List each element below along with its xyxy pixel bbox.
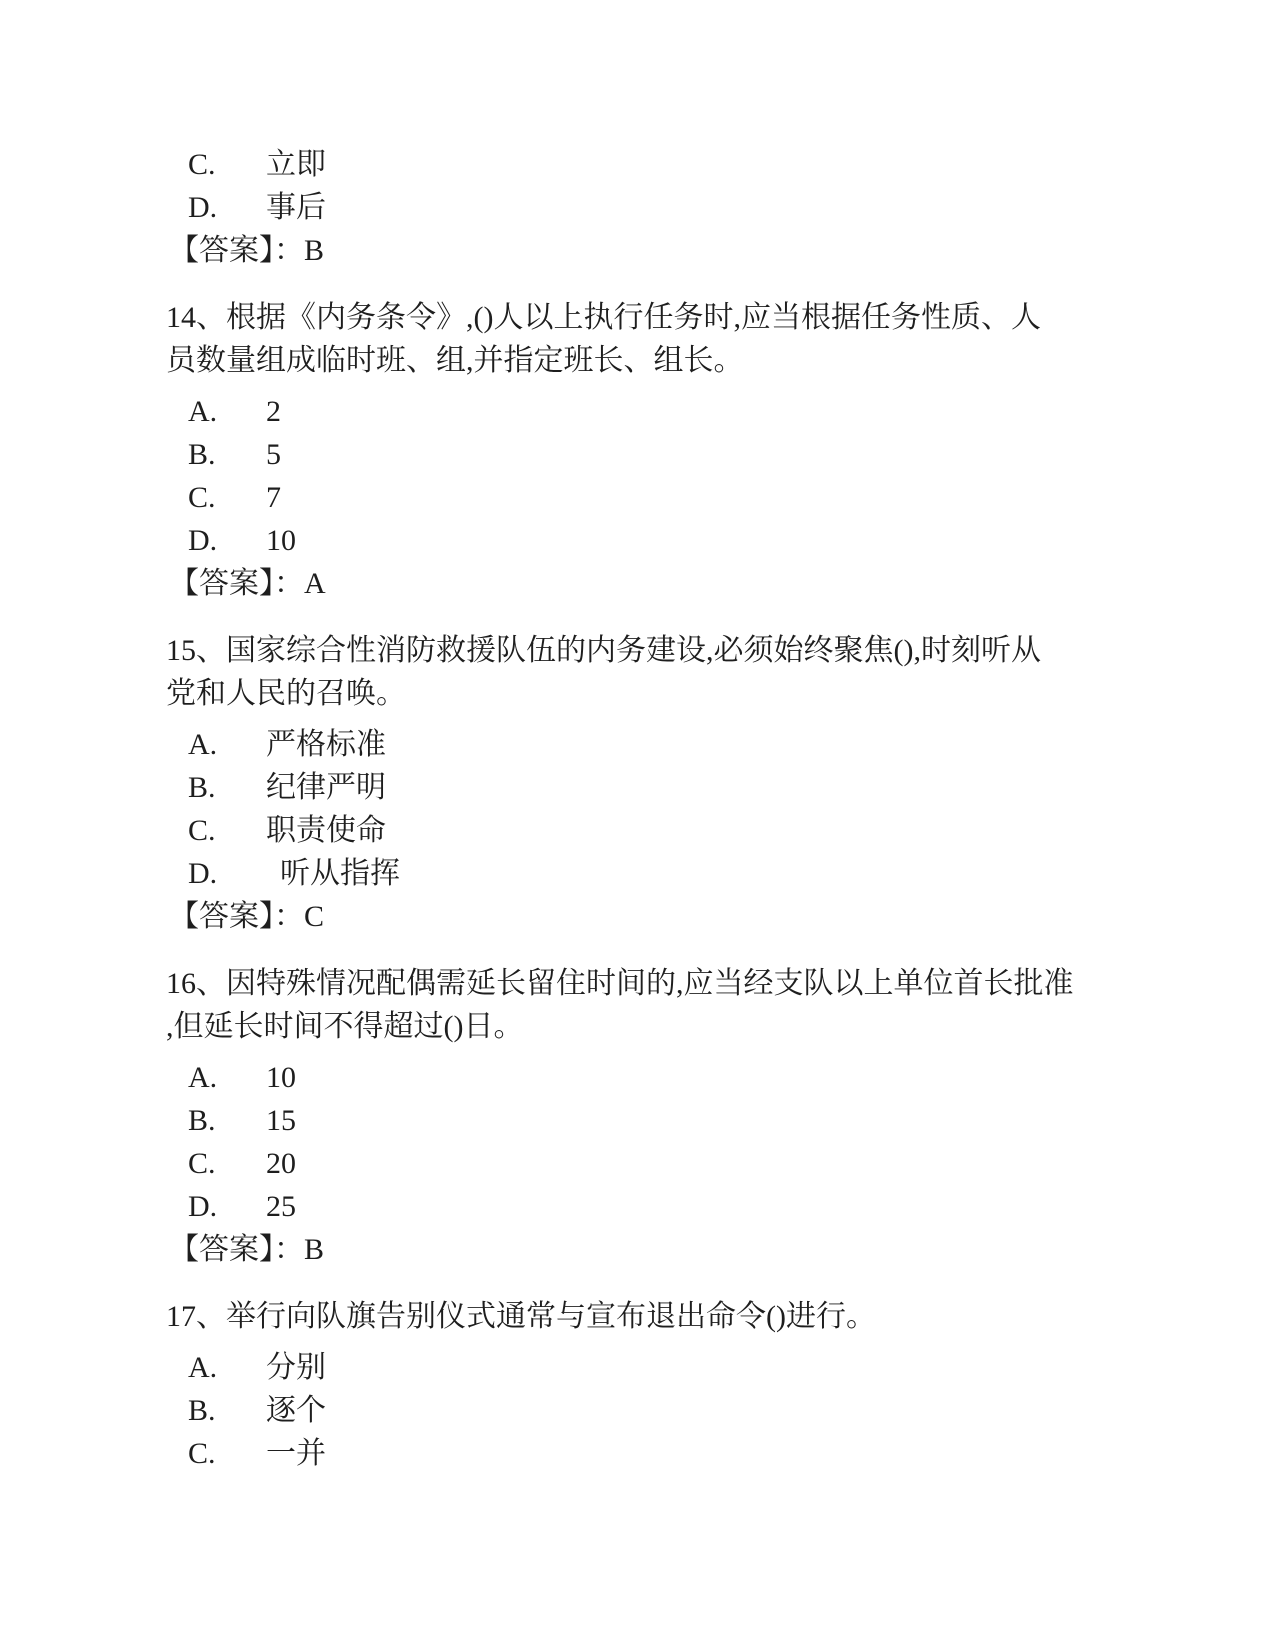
option-letter: C. [188, 809, 266, 852]
question-text-line: 员数量组成临时班、组,并指定班长、组长。 [166, 339, 1195, 382]
answer-value: C [304, 900, 324, 933]
option-row-b: B.逐个 [166, 1389, 1195, 1432]
option-row-a: A.严格标准 [166, 723, 1195, 766]
option-row-c: C.立即 [166, 143, 1195, 186]
option-letter: D. [188, 519, 266, 562]
option-letter: C. [188, 1142, 266, 1185]
question-13-tail: C.立即 D.事后 【答案】：B [166, 143, 1195, 272]
option-row-c: C.一并 [166, 1432, 1195, 1475]
question-15: 15、国家综合性消防救援队伍的内务建设,必须始终聚焦(),时刻听从 党和人民的召… [166, 629, 1195, 938]
question-text-line: 14、根据《内务条令》,()人以上执行任务时,应当根据任务性质、人 [166, 296, 1195, 339]
answer-line: 【答案】：A [166, 562, 1195, 605]
option-text: 10 [266, 524, 296, 557]
question-14: 14、根据《内务条令》,()人以上执行任务时,应当根据任务性质、人 员数量组成临… [166, 296, 1195, 605]
option-text: 10 [266, 1061, 296, 1094]
option-text: 职责使命 [266, 814, 386, 847]
option-letter: C. [188, 143, 266, 186]
option-row-b: B.15 [166, 1099, 1195, 1142]
options-list: A.10 B.15 C.20 D.25 【答案】：B [166, 1056, 1195, 1271]
option-row-c: C.职责使命 [166, 809, 1195, 852]
answer-label: 【答案】： [169, 1233, 304, 1266]
option-row-b: B.纪律严明 [166, 766, 1195, 809]
answer-value: B [304, 234, 324, 267]
answer-line: 【答案】：C [166, 895, 1195, 938]
option-row-d: D.听从指挥 [166, 852, 1195, 895]
question-text-line: ,但延长时间不得超过()日。 [166, 1005, 1195, 1048]
option-row-a: A.10 [166, 1056, 1195, 1099]
question-16: 16、因特殊情况配偶需延长留住时间的,应当经支队以上单位首长批准 ,但延长时间不… [166, 962, 1195, 1271]
option-row-a: A.2 [166, 390, 1195, 433]
answer-line: 【答案】：B [166, 229, 1195, 272]
option-letter: A. [188, 723, 266, 766]
exam-content: C.立即 D.事后 【答案】：B 14、根据《内务条令》,()人以上执行任务时,… [0, 0, 1275, 1475]
option-text: 立即 [266, 148, 326, 181]
answer-value: B [304, 1233, 324, 1266]
option-letter: C. [188, 1432, 266, 1475]
answer-line: 【答案】：B [166, 1228, 1195, 1271]
option-text: 2 [266, 395, 281, 428]
option-row-c: C.20 [166, 1142, 1195, 1185]
option-row-b: B.5 [166, 433, 1195, 476]
question-text-line: 党和人民的召唤。 [166, 672, 1195, 715]
options-list: A.严格标准 B.纪律严明 C.职责使命 D.听从指挥 【答案】：C [166, 723, 1195, 938]
options-list: A.2 B.5 C.7 D.10 【答案】：A [166, 390, 1195, 605]
answer-value: A [304, 567, 326, 600]
question-text-line: 17、举行向队旗告别仪式通常与宣布退出命令()进行。 [166, 1295, 1195, 1338]
option-letter: A. [188, 1346, 266, 1389]
option-letter: D. [188, 1185, 266, 1228]
option-text: 15 [266, 1104, 296, 1137]
option-text: 纪律严明 [266, 771, 386, 804]
option-text: 25 [266, 1190, 296, 1223]
option-letter: D. [188, 186, 266, 229]
option-row-d: D.事后 [166, 186, 1195, 229]
option-letter: A. [188, 1056, 266, 1099]
option-letter: B. [188, 1099, 266, 1142]
answer-label: 【答案】： [169, 234, 304, 267]
option-row-a: A.分别 [166, 1346, 1195, 1389]
option-text: 听从指挥 [266, 857, 400, 890]
option-text: 事后 [266, 191, 326, 224]
option-letter: B. [188, 766, 266, 809]
options-list: A.分别 B.逐个 C.一并 [166, 1346, 1195, 1475]
answer-label: 【答案】： [169, 900, 304, 933]
option-letter: C. [188, 476, 266, 519]
option-letter: A. [188, 390, 266, 433]
option-text: 逐个 [266, 1394, 326, 1427]
option-row-d: D.10 [166, 519, 1195, 562]
question-17: 17、举行向队旗告别仪式通常与宣布退出命令()进行。 A.分别 B.逐个 C.一… [166, 1295, 1195, 1475]
question-text-line: 16、因特殊情况配偶需延长留住时间的,应当经支队以上单位首长批准 [166, 962, 1195, 1005]
option-text: 严格标准 [266, 728, 386, 761]
option-letter: B. [188, 1389, 266, 1432]
question-text-line: 15、国家综合性消防救援队伍的内务建设,必须始终聚焦(),时刻听从 [166, 629, 1195, 672]
answer-label: 【答案】： [169, 567, 304, 600]
option-row-d: D.25 [166, 1185, 1195, 1228]
option-text: 20 [266, 1147, 296, 1180]
option-letter: D. [188, 852, 266, 895]
option-text: 一并 [266, 1437, 326, 1470]
option-text: 分别 [266, 1351, 326, 1384]
option-letter: B. [188, 433, 266, 476]
exam-page: C.立即 D.事后 【答案】：B 14、根据《内务条令》,()人以上执行任务时,… [0, 0, 1275, 1650]
option-row-c: C.7 [166, 476, 1195, 519]
option-text: 7 [266, 481, 281, 514]
option-text: 5 [266, 438, 281, 471]
